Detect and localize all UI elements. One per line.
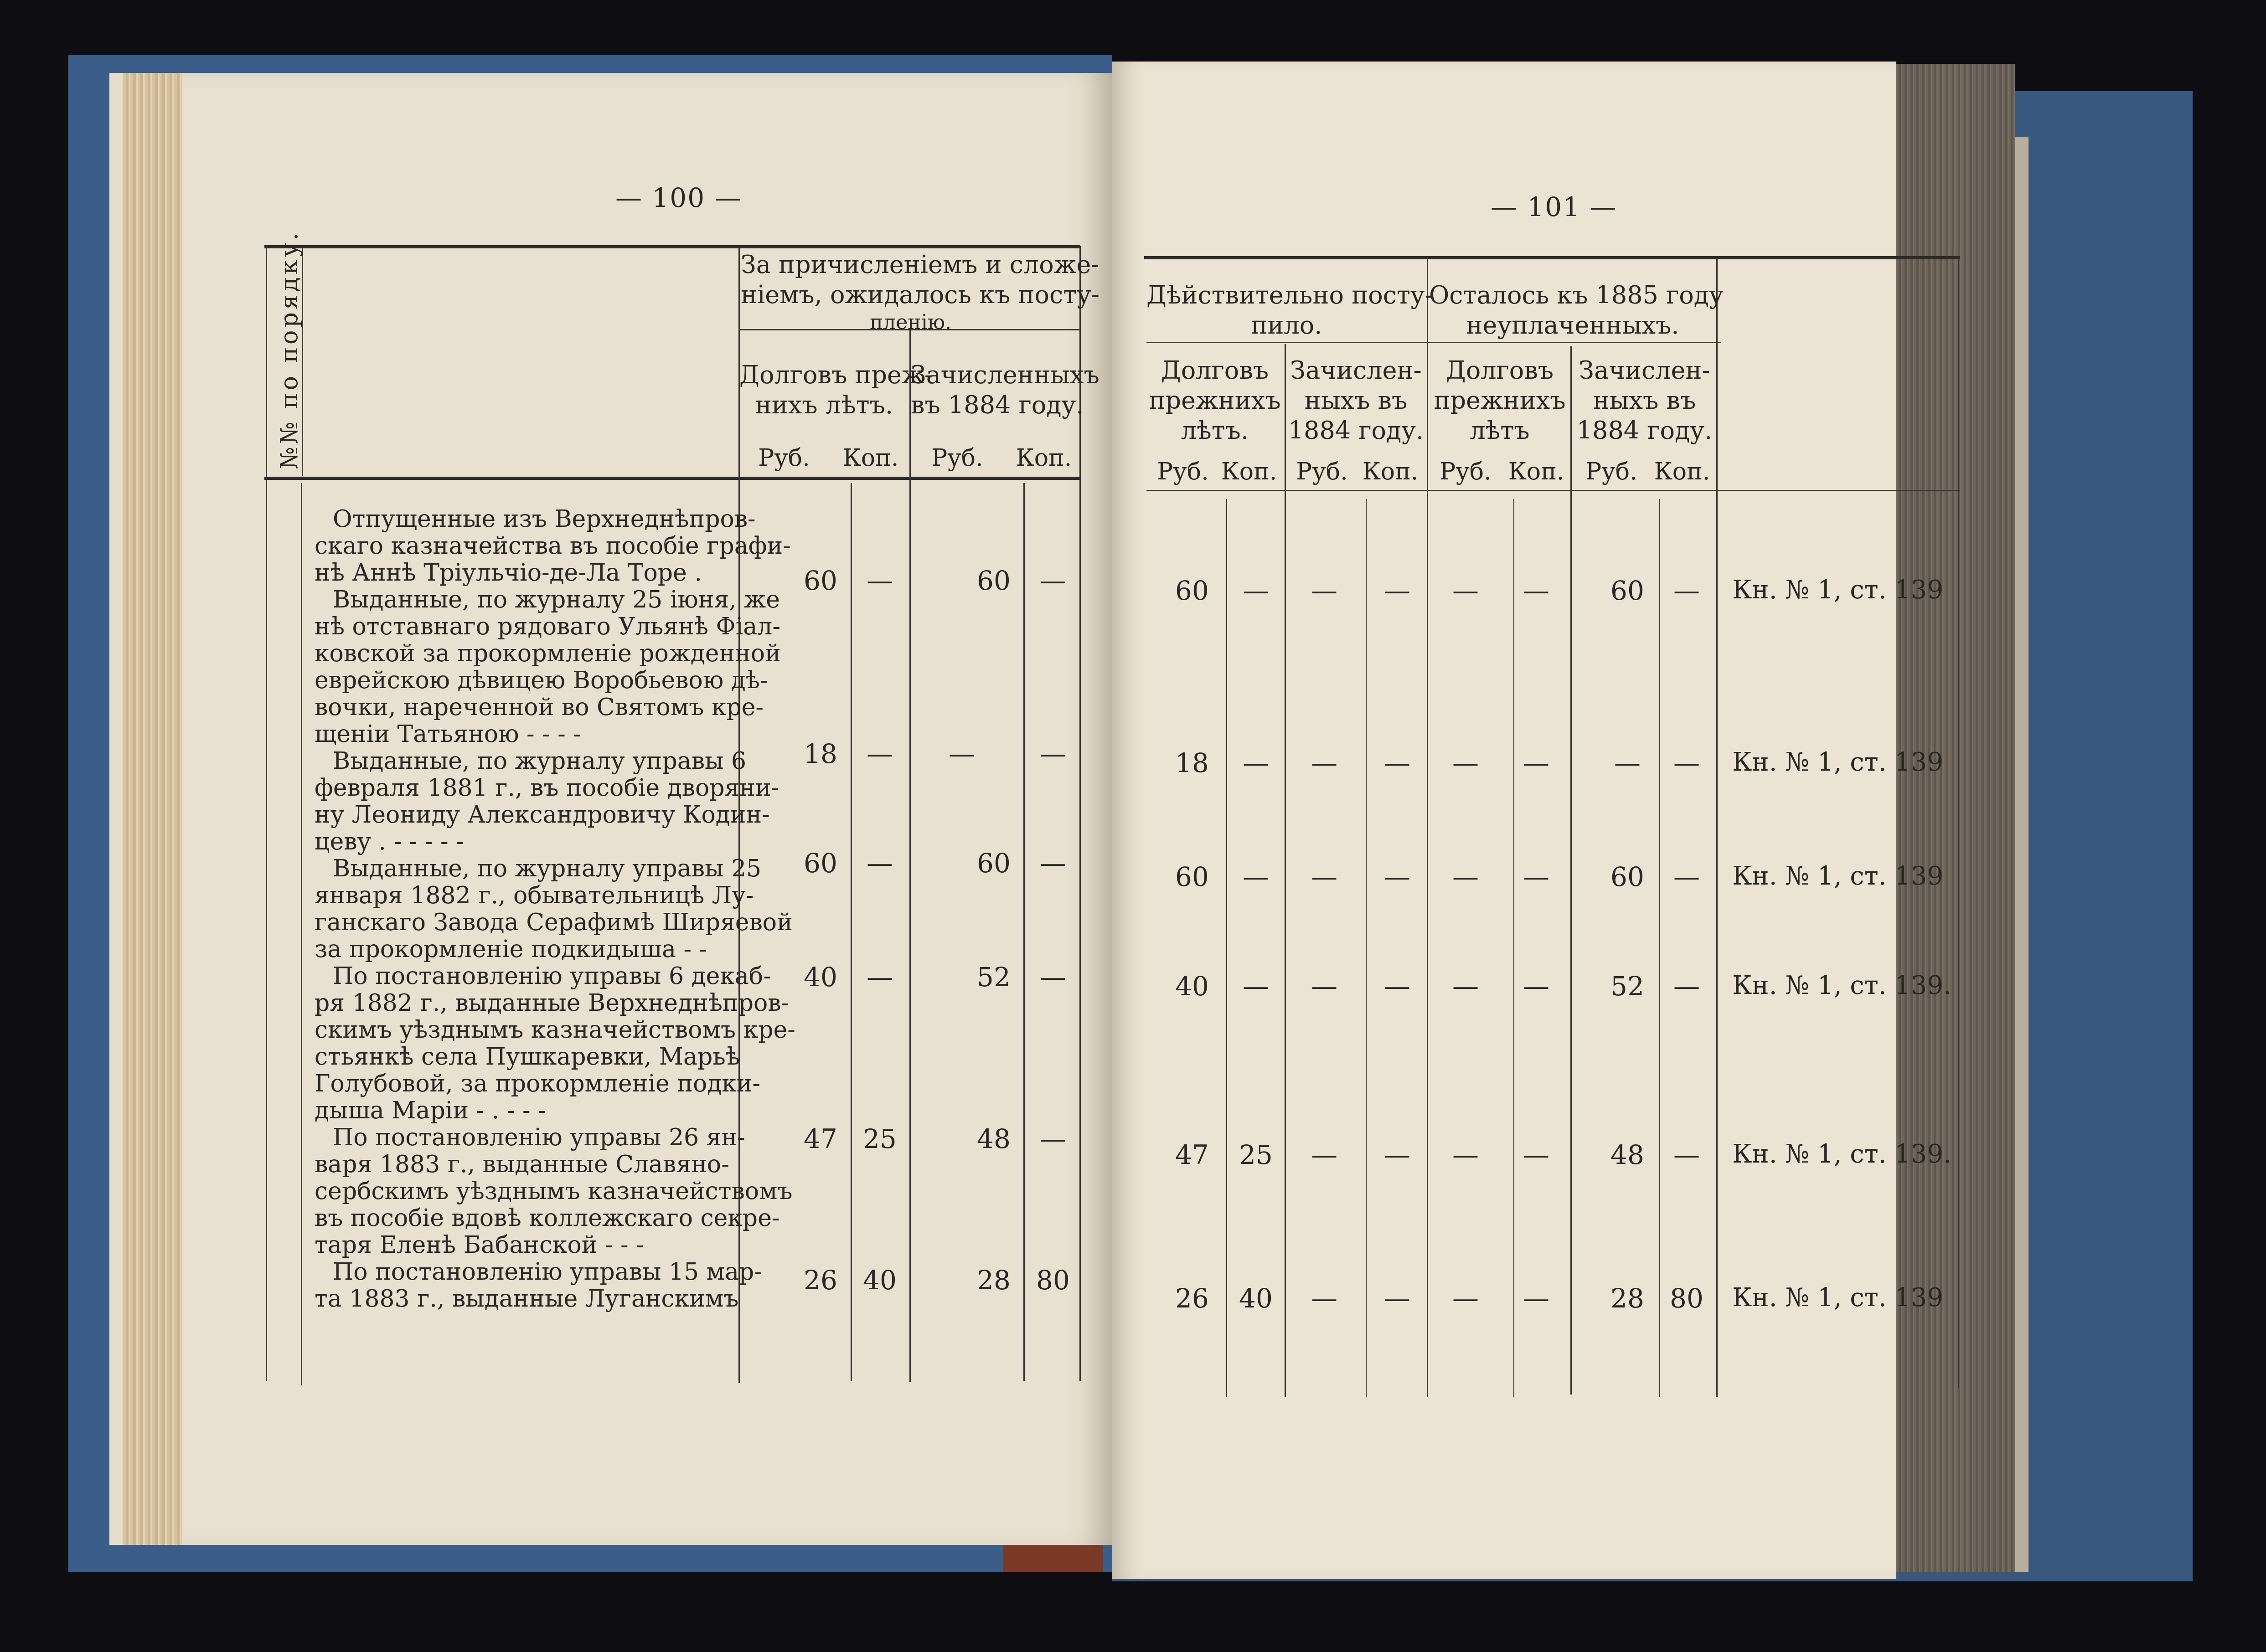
header-line: Долговъ [1429,355,1570,386]
prior-kop: — [848,848,912,879]
cell: — [1292,747,1356,778]
row-number-header: №№ по порядку. [276,230,303,469]
text-line: еврейскою дѣвицею Воробьевою дѣ- [315,667,734,694]
cell: — [1224,575,1288,606]
right-subheader: Зачислен- ныхъ въ 1884 году. [1573,355,1716,446]
cell: — [1655,747,1719,778]
cell: — [1434,1283,1497,1314]
cell: — [1434,575,1497,606]
right-table-top-rule [1144,256,1960,259]
text-line: вочки, нареченной во Святомъ кре- [315,694,734,721]
text-line: Отпущенные изъ Верхнеднѣпров- [315,506,734,533]
cell: 60 [1595,861,1659,892]
y1884-kop: 80 [1021,1265,1085,1296]
cell: — [1434,971,1497,1002]
text-line: Выданные, по журналу управы 25 [315,855,734,882]
ledger-reference: Кн. № 1, ст. 139 [1732,861,1943,891]
cell: — [1292,1139,1356,1170]
cell: — [1365,1283,1429,1314]
cell: — [1292,575,1356,606]
cell: — [1365,575,1429,606]
cell: 18 [1160,747,1224,778]
left-table-top-rule [264,245,1080,248]
prior-rub: 40 [789,962,852,993]
entry-description: Отпущенные изъ Верхнеднѣпров- скаго казн… [315,506,734,1312]
header-line: прежнихъ [1429,386,1570,416]
cell: — [1292,971,1356,1002]
right-table-col-divider [1570,346,1572,1395]
left-group-header: За причисленіемъ и сложе- ніемъ, ожидало… [741,250,1080,335]
y1884-kop: — [1021,848,1085,879]
cell: 48 [1595,1139,1659,1170]
text-line: Выданные, по журналу 25 іюня, же [315,587,734,613]
ledger-reference: Кн. № 1, ст. 139 [1732,1283,1943,1312]
unit-label: Руб. [1431,458,1500,485]
unit-label: Коп. [1215,458,1283,485]
text-line: дыша Маріи - . - - - [315,1097,734,1124]
header-line: Долговъ преж- [739,360,909,390]
left-table-border-left [266,246,267,1381]
right-table-group-rule [1146,342,1721,343]
unit-label: Руб. [1288,458,1356,485]
text-line: таря Еленѣ Бабанской - - - [315,1232,734,1259]
text-line: По постановленію управы 15 мар- [315,1259,734,1286]
text-line: въ пособіе вдовѣ коллежскаго секре- [315,1205,734,1232]
text-line: щеніи Татьяною - - - - [315,721,734,748]
y1884-rub: — [930,738,994,769]
cell: — [1292,861,1356,892]
y1884-kop: — [1021,1123,1085,1154]
page-stack-right [1896,64,2015,1572]
left-table-header-rule [264,477,1080,480]
text-line: скаго казначейства въ пособіе графи- [315,533,734,560]
header-line: пило. [1146,310,1427,340]
cell: — [1434,747,1497,778]
cell: 40 [1224,1283,1288,1314]
cell: 52 [1595,971,1659,1002]
y1884-kop: — [1021,962,1085,993]
cell: 47 [1160,1139,1224,1170]
header-line: Дѣйствительно посту- [1146,280,1427,310]
cell: 80 [1655,1283,1719,1314]
cell: — [1655,971,1719,1002]
right-table-subdivider [1659,499,1660,1397]
unit-label: Коп. [830,444,912,472]
left-page-number: — 100 — [615,182,742,213]
right-table-col-divider [1427,257,1428,1397]
text-line: варя 1883 г., выданные Славяно- [315,1151,734,1178]
cell: 60 [1160,861,1224,892]
cell: — [1504,971,1568,1002]
header-line: ныхъ въ [1286,386,1425,416]
header-line: Зачислен- [1286,355,1425,386]
text-line: цеву . - - - - - [315,829,734,855]
prior-rub: 60 [789,565,852,596]
unit-label: Коп. [1648,458,1716,485]
header-line: 1884 году. [1573,416,1716,446]
text-line: ря 1882 г., выданные Верхнеднѣпров- [315,990,734,1017]
text-line: та 1883 г., выданные Луганскимъ [315,1286,734,1312]
right-subheader: Долговъ прежнихъ лѣтъ [1429,355,1570,446]
header-line: лѣтъ [1429,416,1570,446]
unit-label: Руб. [916,444,998,472]
cell: — [1365,1139,1429,1170]
cell: — [1434,1139,1497,1170]
ledger-reference: Кн. № 1, ст. 139 [1732,575,1943,605]
prior-rub: 26 [789,1265,852,1296]
text-line: ну Леониду Александровичу Кодин- [315,802,734,829]
right-table-subdivider [1226,499,1227,1397]
ledger-reference: Кн. № 1, ст. 139 [1732,747,1943,777]
cell: — [1365,747,1429,778]
text-line: Голубовой, за прокормленіе подки- [315,1070,734,1097]
cell: — [1224,747,1288,778]
right-subheader: Долговъ прежнихъ лѣтъ. [1146,355,1283,446]
header-line: Зачисленныхъ [911,360,1080,390]
prior-rub: 47 [789,1123,852,1154]
cell: — [1504,747,1568,778]
y1884-rub: 60 [962,565,1026,596]
cell: 26 [1160,1283,1224,1314]
prior-kop: 25 [848,1123,912,1154]
text-line: января 1882 г., обывательницѣ Лу- [315,882,734,909]
right-table-border-right [1958,257,1959,1388]
unit-label: Руб. [1577,458,1646,485]
right-group-header-received: Дѣйствительно посту- пило. [1146,280,1427,340]
y1884-rub: 48 [962,1123,1026,1154]
cell: — [1292,1283,1356,1314]
cell: — [1595,747,1659,778]
header-line: нихъ лѣтъ. [739,390,909,420]
text-line: стьянкѣ села Пушкаревки, Марьѣ [315,1044,734,1070]
cell: — [1504,861,1568,892]
cell: 60 [1595,575,1659,606]
cell: — [1655,861,1719,892]
endpaper-right [2015,137,2029,1572]
text-line: за прокормленіе подкидыша - - [315,936,734,963]
header-line: Долговъ [1146,355,1283,386]
left-subheader-1884: Зачисленныхъ въ 1884 году. [911,360,1080,420]
left-table-col-divider [851,483,852,1381]
header-line: въ 1884 году. [911,390,1080,420]
page-stack-left [123,73,182,1545]
prior-rub: 60 [789,848,852,879]
cell: 40 [1160,971,1224,1002]
text-line: ковской за прокормленіе рожденной [315,640,734,667]
text-line: нѣ отставнаго рядоваго Ульянѣ Фіал- [315,613,734,640]
cell: — [1504,1283,1568,1314]
header-line: ніемъ, ожидалось къ посту- [741,280,1080,310]
left-table-col-divider [301,483,302,1385]
header-line: Зачислен- [1573,355,1716,386]
unit-label: Руб. [743,444,825,472]
right-group-header-remaining: Осталось къ 1885 году неуплаченныхъ. [1429,280,1716,340]
unit-label: Коп. [1003,444,1085,472]
unit-label: Коп. [1356,458,1425,485]
text-line: нѣ Аннѣ Тріульчіо-де-Ла Торе . [315,560,734,587]
prior-kop: 40 [848,1265,912,1296]
text-line: ганскаго Завода Серафимѣ Ширяевой [315,909,734,936]
unit-label: Коп. [1502,458,1570,485]
text-line: февраля 1881 г., въ пособіе дворяни- [315,775,734,802]
header-line: Осталось къ 1885 году [1429,280,1716,310]
cell: 60 [1160,575,1224,606]
cell: — [1224,861,1288,892]
right-table-subdivider [1366,499,1367,1397]
prior-kop: — [848,962,912,993]
right-page-number: — 101 — [1491,191,1617,222]
right-table-col-divider [1716,257,1718,1397]
cell: — [1365,971,1429,1002]
y1884-rub: 52 [962,962,1026,993]
header-line: прежнихъ [1146,386,1283,416]
y1884-kop: — [1021,565,1085,596]
cell: — [1655,575,1719,606]
left-table-col-divider [1023,483,1025,1381]
cell: — [1365,861,1429,892]
right-table-subdivider [1513,499,1514,1397]
cell: — [1504,1139,1568,1170]
cell: — [1655,1139,1719,1170]
text-line: По постановленію управы 6 декаб- [315,963,734,990]
header-line: лѣтъ. [1146,416,1283,446]
header-line: неуплаченныхъ. [1429,310,1716,340]
text-line: скимъ уѣзднымъ казначействомъ кре- [315,1017,734,1044]
text-line: сербскимъ уѣзднымъ казначействомъ [315,1178,734,1205]
unit-label: Руб. [1149,458,1217,485]
prior-rub: 18 [789,738,852,769]
text-line: Выданные, по журналу управы 6 [315,748,734,775]
left-subheader-prior-years: Долговъ преж- нихъ лѣтъ. [739,360,909,420]
ledger-reference: Кн. № 1, ст. 139. [1732,1139,1951,1169]
header-line: 1884 году. [1286,416,1425,446]
cell: — [1504,575,1568,606]
y1884-kop: — [1021,738,1085,769]
prior-kop: — [848,565,912,596]
header-line: ныхъ въ [1573,386,1716,416]
y1884-rub: 28 [962,1265,1026,1296]
header-line: пленію. [741,310,1080,335]
text-line: По постановленію управы 26 ян- [315,1124,734,1151]
cell: — [1434,861,1497,892]
right-table-header-rule [1146,490,1960,491]
y1884-rub: 60 [962,848,1026,879]
prior-kop: — [848,738,912,769]
cell: — [1224,971,1288,1002]
right-subheader: Зачислен- ныхъ въ 1884 году. [1286,355,1425,446]
header-line: За причисленіемъ и сложе- [741,250,1080,280]
ledger-reference: Кн. № 1, ст. 139. [1732,971,1951,1000]
cell: 25 [1224,1139,1288,1170]
cell: 28 [1595,1283,1659,1314]
